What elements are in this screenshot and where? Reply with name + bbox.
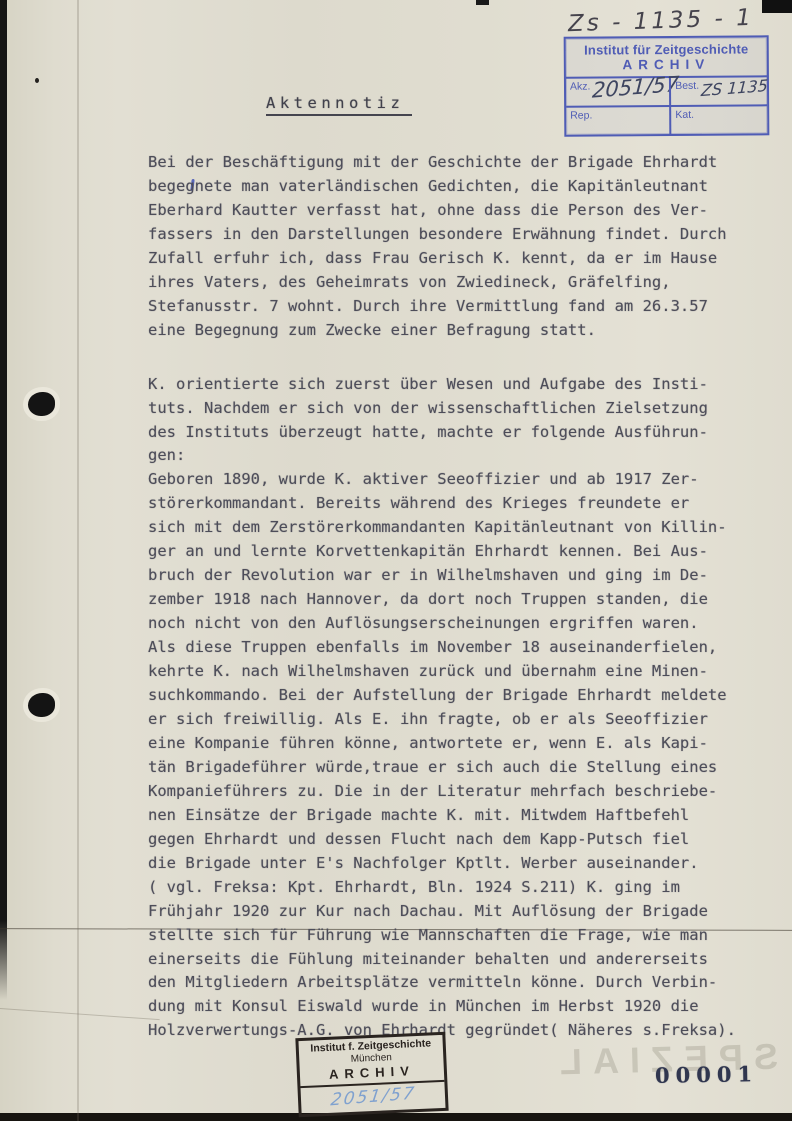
vertical-fold-line (77, 0, 79, 1121)
kat-cell: Kat. (669, 106, 767, 134)
akz-label: Akz. (570, 81, 591, 93)
text-line: K. orientierte sich zuerst über Wesen un… (148, 373, 748, 397)
text-line: Stefanusstr. 7 wohnt. Durch ihre Vermitt… (148, 295, 748, 319)
text-line: er sich freiwillig. Als E. ihn fragte, o… (148, 708, 748, 732)
text-line: gen: (148, 444, 748, 468)
text-line: Kompanieführers zu. Die in der Literatur… (148, 780, 748, 804)
text-line: ( vgl. Freksa: Kpt. Ehrhardt, Bln. 1924 … (148, 876, 748, 900)
akz-cell: Akz. 2051/57 (566, 78, 669, 106)
text-line: eine Begegnung zum Zwecke einer Befragun… (148, 319, 748, 343)
punch-hole-bottom (28, 693, 55, 717)
text-line: sich mit dem Zerstörerkommandanten Kapit… (148, 516, 748, 540)
text-line: Zufall erfuhr ich, dass Frau Gerisch K. … (148, 247, 748, 271)
page-number-stamp: 00001 (655, 1061, 758, 1088)
small-crease-line (0, 1008, 160, 1020)
best-cell: Best. ZS 1135 (669, 77, 767, 105)
text-line: Eberhard Kautter verfasst hat, ohne dass… (148, 199, 748, 223)
text-line: des Instituts überzeugt hatte, machte er… (148, 421, 748, 445)
text-line: Bei der Beschäftigung mit der Geschichte… (148, 151, 748, 175)
stamp-number-box: 2051/57 (300, 1080, 445, 1114)
text-line: fassers in den Darstellungen besondere E… (148, 223, 748, 247)
scan-edge-left (0, 0, 7, 1000)
archive-stamp-bottom: Institut f. Zeitgeschichte München ARCHI… (295, 1032, 448, 1117)
text-line: ger an und lernte Korvettenkapitän Ehrha… (148, 540, 748, 564)
scanned-document-page: SPEZIAL Zs - 1135 - 1 Institut für Zeitg… (0, 0, 792, 1121)
text-line: noch nicht von den Auflösungserscheinung… (148, 612, 748, 636)
ink-speck (35, 78, 39, 83)
rep-cell: Rep. (566, 107, 669, 135)
scan-edge-bottom (0, 1113, 792, 1121)
text-line: nen Einsätze der Brigade machte K. mit. … (148, 804, 748, 828)
rep-label: Rep. (570, 110, 592, 122)
text-line: tuts. Nachdem er sich von der wissenscha… (148, 397, 748, 421)
stamp-handwritten-number: 2051/57 (329, 1084, 417, 1111)
paragraph: Bei der Beschäftigung mit der Geschichte… (148, 151, 748, 343)
typewritten-text: Bei der Beschäftigung mit der Geschichte… (148, 151, 748, 1043)
text-line: den Mitgliedern Arbeitsplätze vermitteln… (148, 971, 748, 995)
text-line: bruch der Revolution war er in Wilhelmsh… (148, 564, 748, 588)
text-line: kehrte K. nach Wilhelmshaven zurück und … (148, 660, 748, 684)
text-line: stellte sich für Führung wie Mannschafte… (148, 924, 748, 948)
paragraph: K. orientierte sich zuerst über Wesen un… (148, 373, 748, 1044)
handwritten-reference: Zs - 1135 - 1 (568, 5, 755, 37)
archiv-label: ARCHIV (566, 56, 767, 73)
best-label: Best. (675, 80, 699, 92)
institute-name: Institut für Zeitgeschichte (566, 41, 767, 57)
archive-stamp-top: Institut für Zeitgeschichte ARCHIV Akz. … (564, 35, 770, 136)
text-line: dung mit Konsul Eiswald wurde in München… (148, 995, 748, 1019)
text-line: zember 1918 nach Hannover, da dort noch … (148, 588, 748, 612)
text-line: Frühjahr 1920 zur Kur nach Dachau. Mit A… (148, 900, 748, 924)
text-line: begegnete man vaterländischen Gedichten,… (148, 175, 748, 199)
best-handwritten-value: ZS 1135 (701, 76, 769, 100)
kat-label: Kat. (675, 109, 694, 121)
text-line: die Brigade unter E's Nachfolger Kptlt. … (148, 852, 748, 876)
text-line: Holzverwertungs-A.G. von Ehrhardt gegrün… (148, 1019, 748, 1043)
text-line: ihres Vaters, des Geheimrats von Zwiedin… (148, 271, 748, 295)
text-line: suchkommando. Bei der Aufstellung der Br… (148, 684, 748, 708)
stamp-row-rep-kat: Rep. Kat. (566, 106, 767, 134)
text-line: Geboren 1890, wurde K. aktiver Seeoffizi… (148, 468, 748, 492)
punch-hole-top (28, 392, 55, 416)
stamp-row-akz-best: Akz. 2051/57 Best. ZS 1135 (566, 77, 767, 107)
scan-mark-top-right (762, 0, 792, 13)
document-title: Aktennotiz (266, 94, 412, 116)
text-line: Als diese Truppen ebenfalls im November … (148, 636, 748, 660)
text-line: tän Brigadeführer würde,traue er sich au… (148, 756, 748, 780)
text-line: eine Kompanie führen könne, antwortete e… (148, 732, 748, 756)
text-line: gegen Ehrhardt und dessen Flucht nach de… (148, 828, 748, 852)
text-line: einerseits die Fühlung miteinander behal… (148, 948, 748, 972)
text-line: störerkommandant. Bereits während des Kr… (148, 492, 748, 516)
scan-mark-top-center (476, 0, 489, 5)
